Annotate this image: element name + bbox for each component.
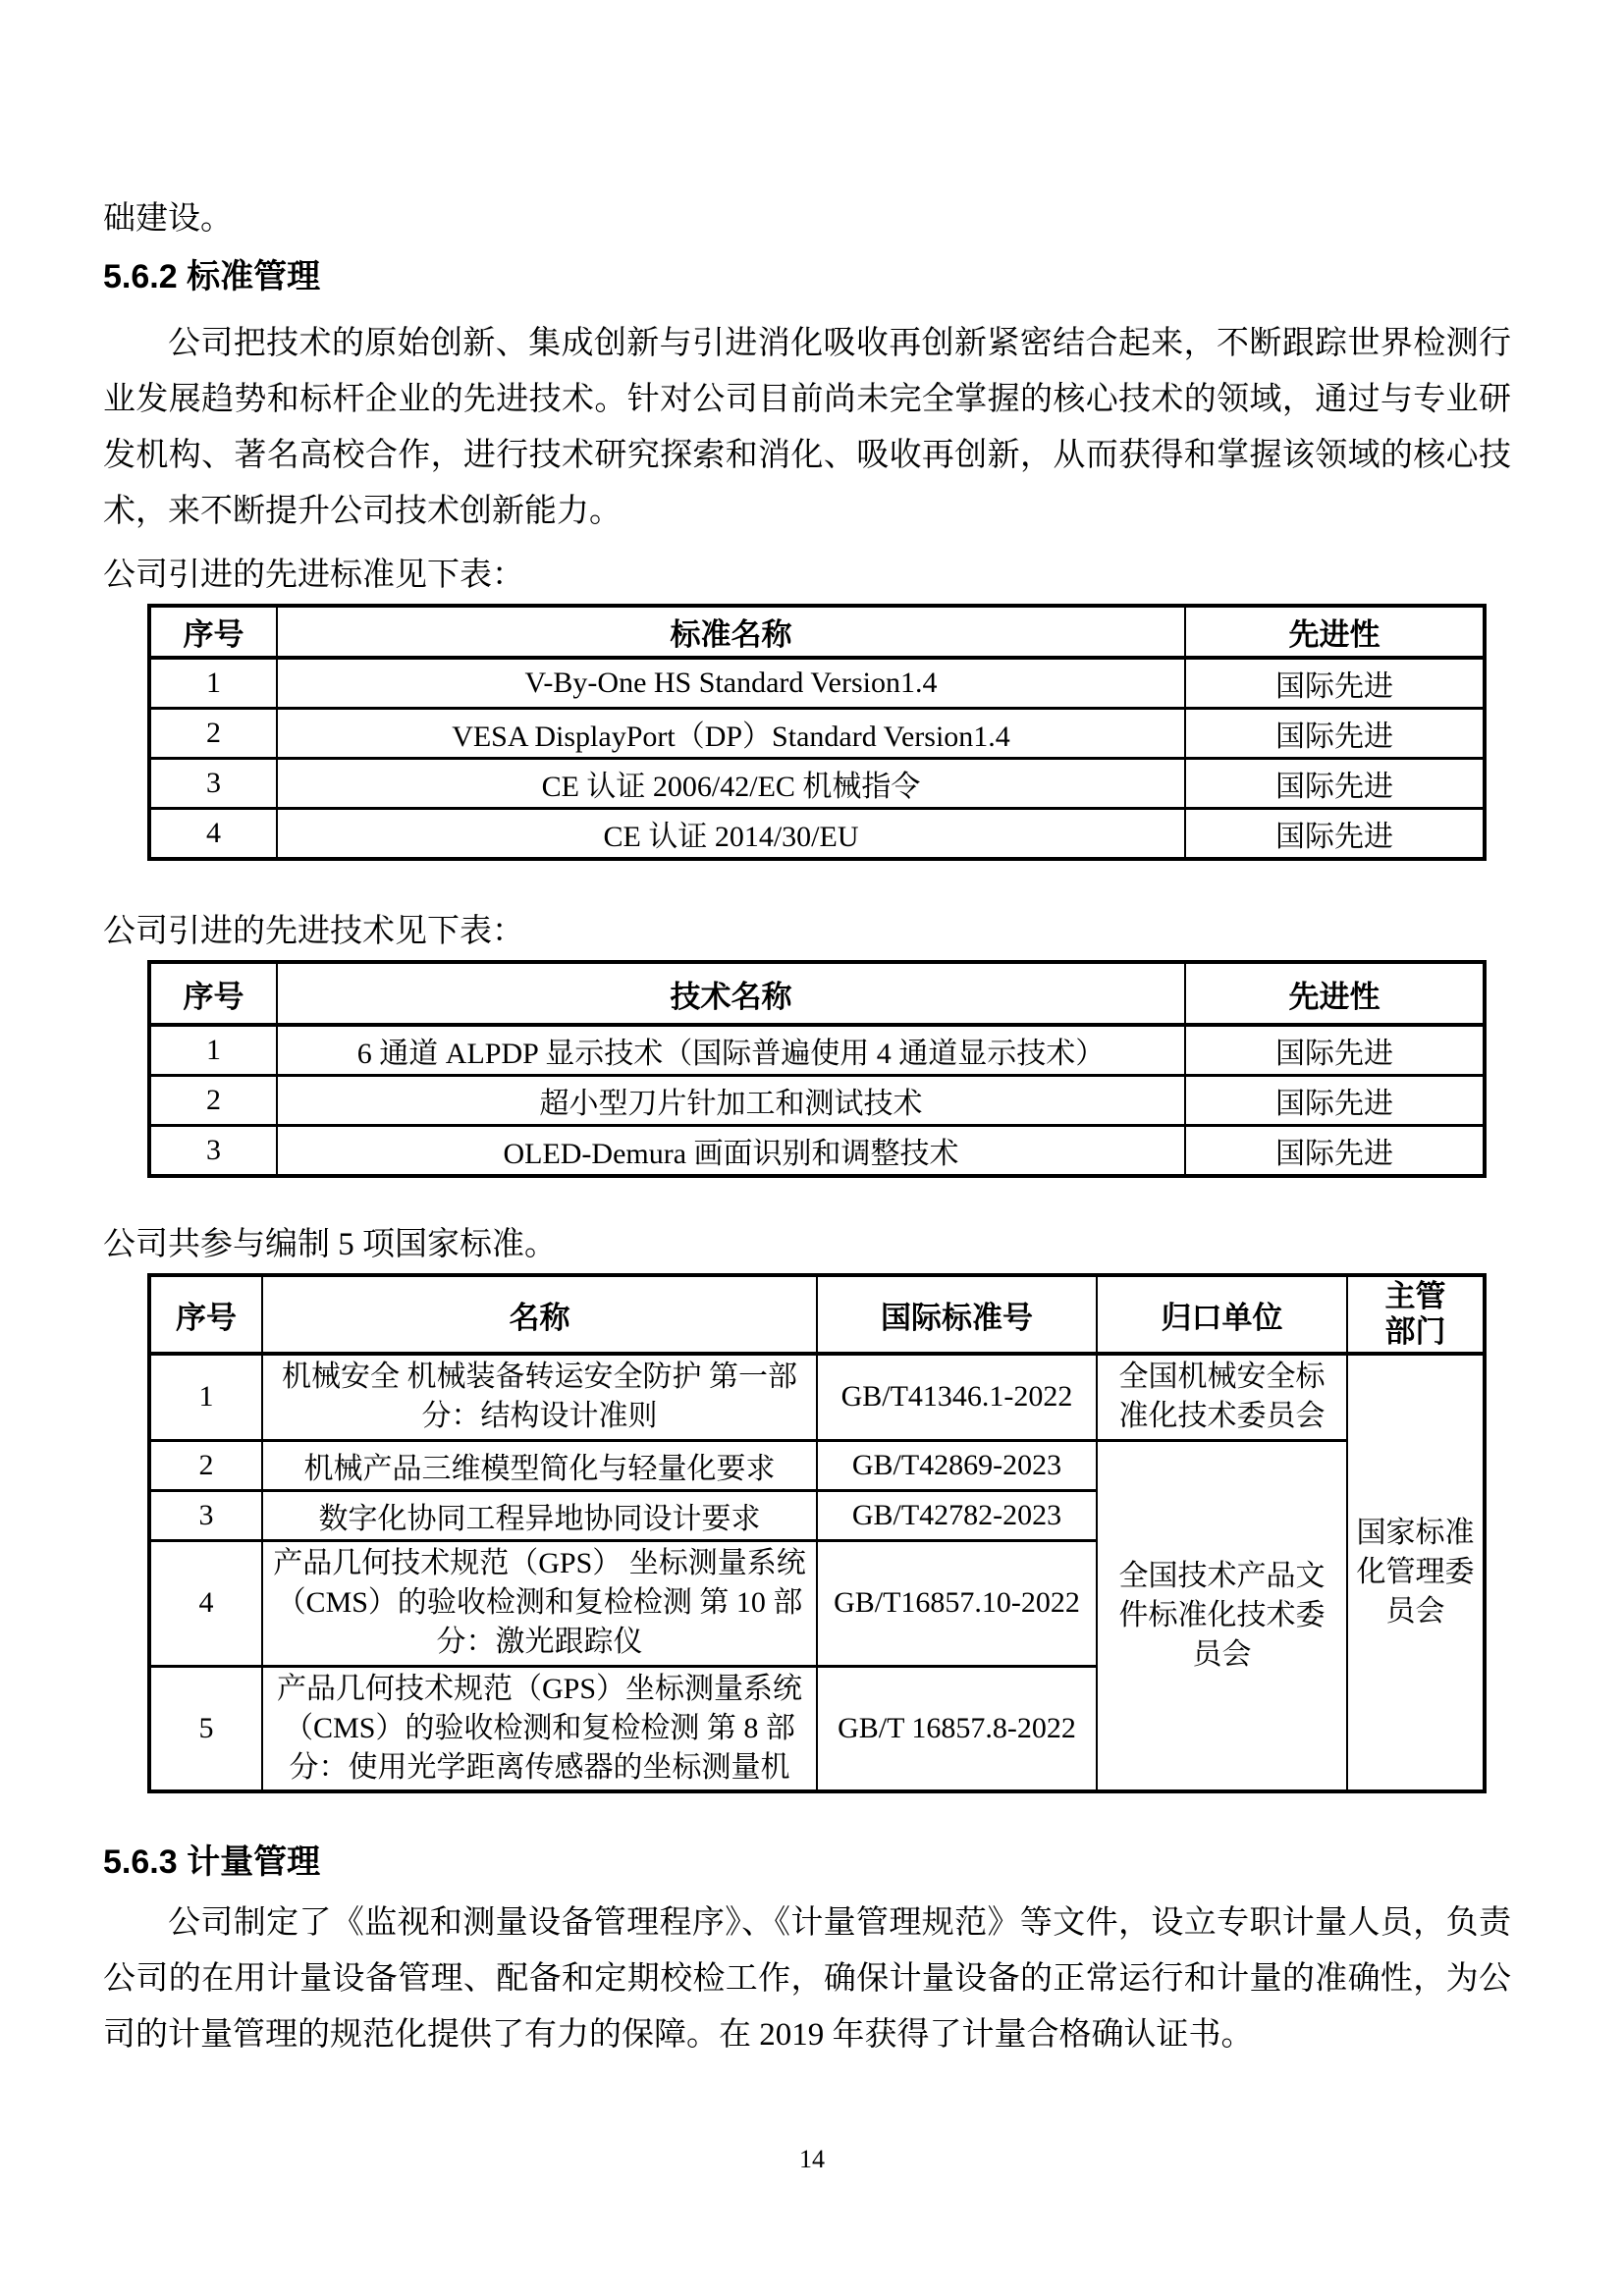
table-cell: GB/T42782-2023 [817, 1490, 1097, 1540]
table-cell: GB/T 16857.8-2022 [817, 1666, 1097, 1791]
header-cell-advancement: 先进性 [1185, 606, 1485, 658]
table-cell: 3 [149, 759, 277, 809]
header-cell-standard-name: 标准名称 [277, 606, 1185, 658]
table-row: 2 VESA DisplayPort（DP）Standard Version1.… [149, 709, 1485, 759]
table-cell: GB/T16857.10-2022 [817, 1540, 1097, 1666]
table-cell: VESA DisplayPort（DP）Standard Version1.4 [277, 709, 1185, 759]
table-header-row: 序号 名称 国际标准号 归口单位 主管部门 [149, 1275, 1485, 1354]
header-cell-technology-name: 技术名称 [277, 962, 1185, 1025]
table-cell: 数字化协同工程异地协同设计要求 [262, 1490, 817, 1540]
table-row: 2 机械产品三维模型简化与轻量化要求 GB/T42869-2023 全国技术产品… [149, 1440, 1485, 1490]
header-cell-standard-code: 国际标准号 [817, 1275, 1097, 1354]
table-cell: OLED-Demura 画面识别和调整技术 [277, 1126, 1185, 1177]
technologies-table: 序号 技术名称 先进性 1 6 通道 ALPDP 显示技术（国际普遍使用 4 通… [147, 960, 1487, 1178]
national-standards-note: 公司共参与编制 5 项国家标准。 [103, 1217, 1511, 1273]
section-563-paragraph: 公司制定了《监视和测量设备管理程序》、《计量管理规范》等文件，设立专职计量人员，… [103, 1896, 1511, 2063]
table-cell: GB/T41346.1-2022 [817, 1354, 1097, 1440]
table-cell: 2 [149, 1076, 277, 1126]
table-cell-centralized-unit: 全国技术产品文件标准化技术委员会 [1097, 1440, 1347, 1791]
section-heading-562: 5.6.2 标准管理 [103, 255, 1511, 298]
header-cell-name: 名称 [262, 1275, 817, 1354]
table-cell: 全国机械安全标准化技术委员会 [1097, 1354, 1347, 1440]
technologies-table-intro: 公司引进的先进技术见下表： [103, 904, 1511, 960]
table-header-row: 序号 技术名称 先进性 [149, 962, 1485, 1025]
section-heading-563: 5.6.3 计量管理 [103, 1841, 1511, 1884]
page-number: 14 [0, 2145, 1624, 2174]
leading-text-line: 础建设。 [103, 191, 1511, 247]
table-row: 2 超小型刀片针加工和测试技术 国际先进 [149, 1076, 1485, 1126]
table-cell: 国际先进 [1185, 658, 1485, 709]
table-cell: CE 认证 2014/30/EU [277, 809, 1185, 860]
table-row: 3 CE 认证 2006/42/EC 机械指令 国际先进 [149, 759, 1485, 809]
header-cell-centralized-unit: 归口单位 [1097, 1275, 1347, 1354]
standards-table-intro: 公司引进的先进标准见下表： [103, 548, 1511, 604]
table-cell: 4 [149, 809, 277, 860]
standards-table: 序号 标准名称 先进性 1 V-By-One HS Standard Versi… [147, 604, 1487, 861]
table-row: 1 V-By-One HS Standard Version1.4 国际先进 [149, 658, 1485, 709]
table-cell: 国际先进 [1185, 1126, 1485, 1177]
table-cell: 国际先进 [1185, 1025, 1485, 1076]
header-cell-advancement: 先进性 [1185, 962, 1485, 1025]
document-page: 础建设。 5.6.2 标准管理 公司把技术的原始创新、集成创新与引进消化吸收再创… [0, 0, 1624, 2296]
header-cell-no: 序号 [149, 962, 277, 1025]
table-row: 3 OLED-Demura 画面识别和调整技术 国际先进 [149, 1126, 1485, 1177]
header-cell-no: 序号 [149, 606, 277, 658]
table-cell: V-By-One HS Standard Version1.4 [277, 658, 1185, 709]
table-cell-competent-department: 国家标准化管理委员会 [1347, 1354, 1485, 1791]
header-competent-department-text: 主管部门 [1378, 1279, 1454, 1350]
table-cell: 1 [149, 1354, 262, 1440]
section-562-paragraph: 公司把技术的原始创新、集成创新与引进消化吸收再创新紧密结合起来，不断跟踪世界检测… [103, 316, 1511, 540]
table-cell: 机械产品三维模型简化与轻量化要求 [262, 1440, 817, 1490]
table-cell: 国际先进 [1185, 759, 1485, 809]
table-row: 1 机械安全 机械装备转运安全防护 第一部分：结构设计准则 GB/T41346.… [149, 1354, 1485, 1440]
table-row: 4 CE 认证 2014/30/EU 国际先进 [149, 809, 1485, 860]
table-cell: 3 [149, 1126, 277, 1177]
table-cell: 产品几何技术规范（GPS）坐标测量系统（CMS）的验收检测和复检检测 第 8 部… [262, 1666, 817, 1791]
table-cell: 3 [149, 1490, 262, 1540]
table-cell: 1 [149, 658, 277, 709]
table-cell: 超小型刀片针加工和测试技术 [277, 1076, 1185, 1126]
header-cell-no: 序号 [149, 1275, 262, 1354]
table-cell: 1 [149, 1025, 277, 1076]
table-cell: CE 认证 2006/42/EC 机械指令 [277, 759, 1185, 809]
table-cell: 国际先进 [1185, 1076, 1485, 1126]
table-cell: 6 通道 ALPDP 显示技术（国际普遍使用 4 通道显示技术） [277, 1025, 1185, 1076]
table-cell: 国际先进 [1185, 809, 1485, 860]
table-cell: 机械安全 机械装备转运安全防护 第一部分：结构设计准则 [262, 1354, 817, 1440]
table-cell: GB/T42869-2023 [817, 1440, 1097, 1490]
table-cell: 产品几何技术规范（GPS） 坐标测量系统（CMS）的验收检测和复检检测 第 10… [262, 1540, 817, 1666]
table-cell: 4 [149, 1540, 262, 1666]
header-cell-competent-department: 主管部门 [1347, 1275, 1485, 1354]
table-cell: 国际先进 [1185, 709, 1485, 759]
national-standards-table: 序号 名称 国际标准号 归口单位 主管部门 1 机械安全 机械装备转运安全防护 … [147, 1273, 1487, 1793]
table-header-row: 序号 标准名称 先进性 [149, 606, 1485, 658]
table-cell: 2 [149, 709, 277, 759]
table-row: 1 6 通道 ALPDP 显示技术（国际普遍使用 4 通道显示技术） 国际先进 [149, 1025, 1485, 1076]
table-cell: 5 [149, 1666, 262, 1791]
table-cell: 2 [149, 1440, 262, 1490]
